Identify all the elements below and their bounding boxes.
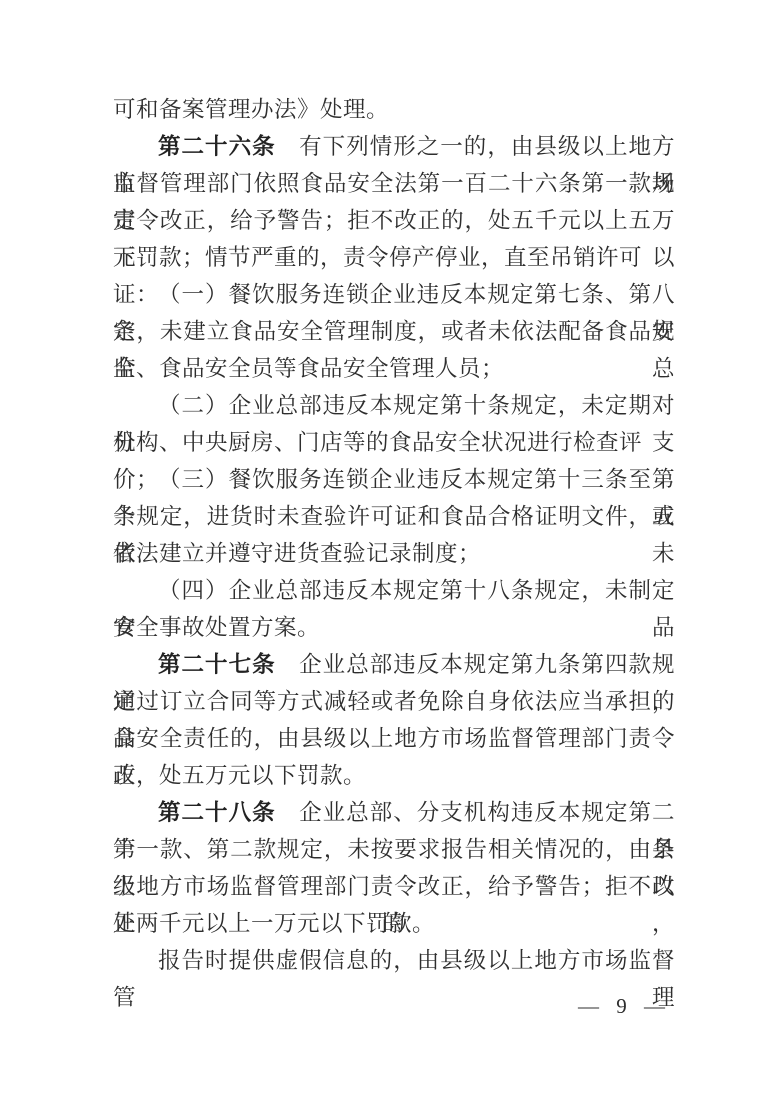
text-line: 正，处五万元以下罚款。 xyxy=(113,757,675,794)
page-footer: — 9 — xyxy=(578,994,665,1019)
text-line: 条规定，进货时未查验许可证和食品合格证明文件，或者未 xyxy=(113,498,675,535)
article-number: 第二十八条 xyxy=(158,800,276,825)
text-line: 品安全责任的，由县级以上地方市场监督管理部门责令改 xyxy=(113,720,675,757)
text-line: 机构、中央厨房、门店等的食品安全状况进行检查评价； xyxy=(113,424,675,461)
document-page: 可和备案管理办法》处理。第二十六条 有下列情形之一的，由县级以上地方市场监督管理… xyxy=(0,0,771,1102)
text-line: 下罚款；情节严重的，责令停产停业，直至吊销许可证： xyxy=(113,239,675,276)
text-line: （一）餐饮服务连锁企业违反本规定第七条、第八条规 xyxy=(113,276,675,313)
text-line: 第二十六条 有下列情形之一的，由县级以上地方市场 xyxy=(113,128,675,165)
document-body: 可和备案管理办法》处理。第二十六条 有下列情形之一的，由县级以上地方市场监督管理… xyxy=(113,91,675,979)
text-line: 第二十七条 企业总部违反本规定第九条第四款规定， xyxy=(113,646,675,683)
article-number: 第二十七条 xyxy=(158,652,276,677)
text-line: 可和备案管理办法》处理。 xyxy=(113,91,675,128)
text-line: （四）企业总部违反本规定第十八条规定，未制定食品 xyxy=(113,572,675,609)
text-line: 第二十八条 企业总部、分支机构违反本规定第二十条 xyxy=(113,794,675,831)
text-line: 监督管理部门依照食品安全法第一百二十六条第一款规定 xyxy=(113,165,675,202)
article-number: 第二十六条 xyxy=(158,134,276,159)
page-number: — 9 — xyxy=(578,994,665,1018)
text-line: 上地方市场监督管理部门责令改正，给予警告；拒不改正的， xyxy=(113,868,675,905)
text-line: 定，未建立食品安全管理制度，或者未依法配备食品安全总 xyxy=(113,313,675,350)
text-line: （三）餐饮服务连锁企业违反本规定第十三条至第十五 xyxy=(113,461,675,498)
text-line: （二）企业总部违反本规定第十条规定，未定期对分支 xyxy=(113,387,675,424)
text-line: 通过订立合同等方式减轻或者免除自身依法应当承担的食 xyxy=(113,683,675,720)
text-line: 第一款、第二款规定，未按要求报告相关情况的，由县级以 xyxy=(113,831,675,868)
text-line: 报告时提供虚假信息的，由县级以上地方市场监督管理 xyxy=(113,942,675,979)
text-line: 责令改正，给予警告；拒不改正的，处五千元以上五万元以 xyxy=(113,202,675,239)
